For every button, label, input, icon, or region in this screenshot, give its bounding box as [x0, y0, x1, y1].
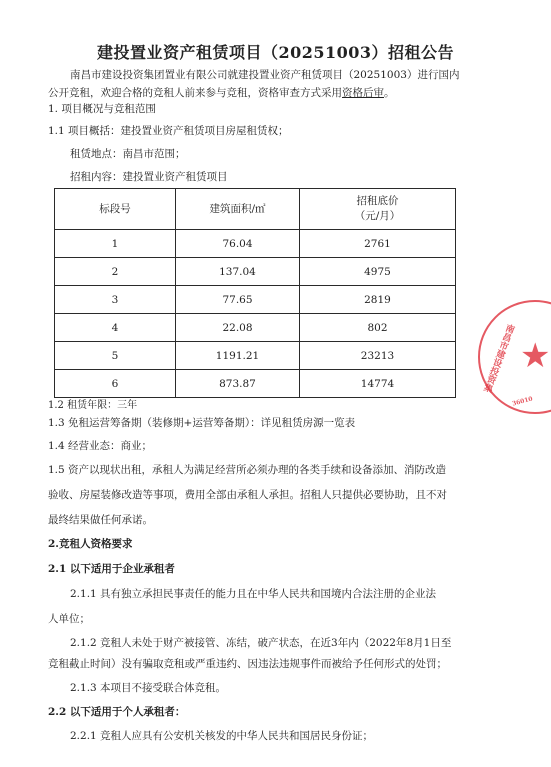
section-1-4: 1.4 经营业态：商业； — [48, 438, 152, 453]
table-row: 2 137.04 4975 — [55, 258, 456, 286]
table-row: 4 22.08 802 — [55, 314, 456, 342]
section-2-1-1-line2: 人单位； — [48, 611, 90, 626]
section-1-3: 1.3 免租运营筹备期（装修期+运营筹备期）：详见租赁房源一览表 — [48, 415, 355, 430]
header-price-unit: （元/月） — [300, 209, 455, 224]
cell-lot: 4 — [55, 314, 176, 342]
rental-location: 租赁地点：南昌市范围； — [70, 146, 186, 161]
cell-lot: 5 — [55, 342, 176, 370]
cell-lot: 3 — [55, 286, 176, 314]
cell-price: 14774 — [300, 370, 456, 398]
intro-text: 公开竞租，欢迎合格的竞租人前来参与竞租，资格审查方式采用 — [48, 87, 342, 99]
section-1-2: 1.2 租赁年限：三年 — [48, 396, 137, 411]
rental-content: 招租内容：建投置业资产租赁项目 — [70, 169, 228, 184]
cell-price: 2761 — [300, 230, 456, 258]
table-row: 5 1191.21 23213 — [55, 342, 456, 370]
section2-heading: 2.竞租人资格要求 — [48, 536, 132, 551]
cell-price: 2819 — [300, 286, 456, 314]
section-2-1-1-line1: 2.1.1 具有独立承担民事责任的能力且在中华人民共和国境内合法注册的企业法 — [70, 586, 436, 601]
header-reserve-price: 招租底价 （元/月） — [300, 189, 456, 230]
cell-area: 76.04 — [176, 230, 300, 258]
cell-price: 4975 — [300, 258, 456, 286]
cell-area: 22.08 — [176, 314, 300, 342]
header-building-area: 建筑面积/㎡ — [176, 189, 300, 230]
seal-star-icon: ★ — [520, 336, 550, 376]
section-2-2: 2.2 以下适用于个人承租者： — [48, 704, 185, 719]
table-row: 1 76.04 2761 — [55, 230, 456, 258]
cell-area: 873.87 — [176, 370, 300, 398]
section-2-2-1: 2.2.1 竞租人应具有公安机关核发的中华人民共和国居民身份证； — [70, 728, 373, 743]
cell-area: 137.04 — [176, 258, 300, 286]
section-1-5-line3: 最终结果做任何承诺。 — [48, 512, 153, 527]
section-2-1: 2.1 以下适用于企业承租者 — [48, 561, 175, 576]
section-2-1-2-line1: 2.1.2 竞租人未处于财产被接管、冻结，破产状态，在近3年内（2022年8月1… — [70, 635, 451, 650]
intro-paragraph-line1: 南昌市建设投资集团置业有限公司就建投置业资产租赁项目（20251003）进行国内 — [70, 67, 459, 82]
cell-price: 23213 — [300, 342, 456, 370]
cell-lot: 1 — [55, 230, 176, 258]
cell-lot: 6 — [55, 370, 176, 398]
section1-heading: 1. 项目概况与竞租范围 — [48, 101, 156, 116]
qualification-method: 资格后审 — [342, 87, 384, 99]
section-1-5-line1: 1.5 资产以现状出租，承租人为满足经营所必须办理的各类手续和设备添加、消防改造 — [48, 462, 446, 477]
section-1-1: 1.1 项目概括：建投置业资产租赁项目房屋租赁权； — [48, 123, 289, 138]
intro-period: 。 — [384, 87, 395, 99]
section-2-1-3: 2.1.3 本项目不接受联合体竞租。 — [70, 680, 226, 695]
cell-price: 802 — [300, 314, 456, 342]
document-title: 建投置业资产租赁项目（20251003）招租公告 — [0, 40, 551, 63]
rental-lots-table: 标段号 建筑面积/㎡ 招租底价 （元/月） 1 76.04 2761 2 137… — [54, 188, 456, 398]
header-price-label: 招租底价 — [300, 194, 455, 209]
section-1-5-line2: 验收、房屋装修改造等事项，费用全部由承租人承担。招租人只提供必要协助，且不对 — [48, 487, 447, 502]
table-row: 6 873.87 14774 — [55, 370, 456, 398]
cell-lot: 2 — [55, 258, 176, 286]
cell-area: 77.65 — [176, 286, 300, 314]
table-header-row: 标段号 建筑面积/㎡ 招租底价 （元/月） — [55, 189, 456, 230]
section-2-1-2-line2: 竞租截止时间）没有骗取竞租或严重违约、因违法违规事件而被给予任何形式的处罚； — [48, 656, 447, 671]
intro-paragraph-line2: 公开竞租，欢迎合格的竞租人前来参与竞租，资格审查方式采用资格后审。 — [48, 85, 395, 100]
table-row: 3 77.65 2819 — [55, 286, 456, 314]
cell-area: 1191.21 — [176, 342, 300, 370]
header-lot-number: 标段号 — [55, 189, 176, 230]
